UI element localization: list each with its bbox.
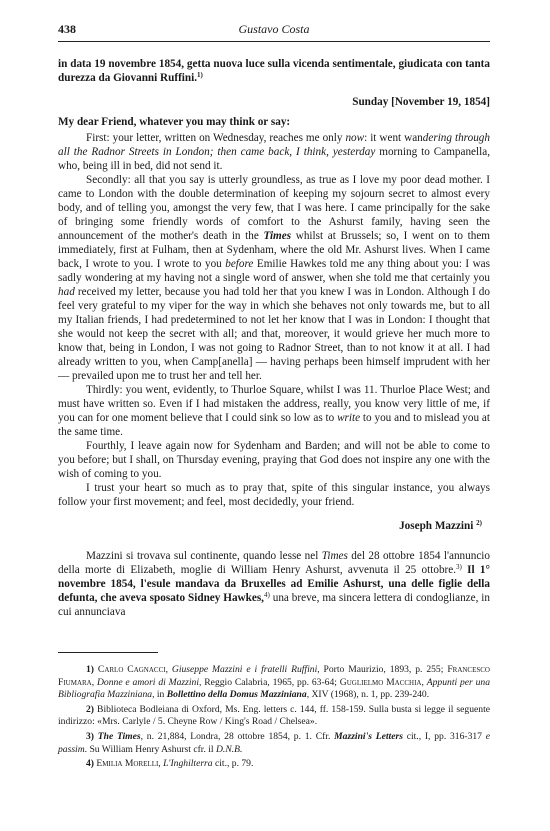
footnote-marker: 4) (86, 758, 94, 769)
text-span: Mazzini si trovava sul continente, quand… (86, 550, 322, 562)
title: Giuseppe Mazzini e i fratelli Ruffini (172, 664, 317, 675)
footnote-ref-2: 2) (476, 519, 482, 527)
italic-span: Times (322, 550, 348, 562)
text-span: received my letter, because you had told… (58, 286, 490, 382)
italic-span: now (345, 132, 364, 144)
footnote-2: 2) Biblioteca Bodleiana di Oxford, Ms. E… (58, 704, 490, 729)
signature-text: Joseph Mazzini (399, 520, 473, 532)
text-span: , Porto Maurizio, 1893, p. 255; (317, 664, 447, 675)
title: Donne e amori di Mazzini (97, 677, 199, 688)
letter-paragraph-3: Thirdly: you went, evidently, to Thurloe… (58, 383, 490, 439)
footnote-marker: 3) (86, 731, 94, 742)
footnote-marker: 1) (86, 664, 94, 675)
header-rule (58, 41, 490, 42)
letter-salutation: My dear Friend, whatever you may think o… (58, 115, 490, 129)
running-title: Gustavo Costa (58, 22, 490, 37)
italic-span: had (58, 286, 75, 298)
main-text: in data 19 novembre 1854, getta nuova lu… (58, 57, 490, 619)
text-span: : it went wan (364, 132, 423, 144)
italic-span: before (225, 258, 253, 270)
title: Mazzini's Letters (334, 731, 403, 742)
letter-signature: Joseph Mazzini 2) (58, 519, 490, 533)
intro-text: in data 19 novembre 1854, getta nuova lu… (58, 58, 490, 84)
footnote-1: 1) Carlo Cagnacci, Giuseppe Mazzini e i … (58, 664, 490, 702)
text-span: , Reggio Calabria, 1965, pp. 63-64; (199, 677, 340, 688)
title: Bollettino della Domus Mazziniana (167, 689, 307, 700)
author: Emilia Morelli (96, 758, 158, 769)
text-span: First: your letter, written on Wednesday… (86, 132, 345, 144)
text-span: cit., I, pp. 316-317 (403, 731, 486, 742)
text-span: cit., p. 79. (213, 758, 254, 769)
footnote-marker: 2) (86, 704, 94, 715)
intro-paragraph: in data 19 novembre 1854, getta nuova lu… (58, 57, 490, 85)
footnote-rule (58, 652, 158, 653)
text-span: , in (152, 689, 167, 700)
title: The Times (98, 731, 141, 742)
italic-span: Times (264, 230, 292, 242)
italic-span: D.N.B. (216, 744, 242, 755)
footnote-3: 3) The Times, n. 21,884, Londra, 28 otto… (58, 731, 490, 756)
text-span: Biblioteca Bodleiana di Oxford, Ms. Eng.… (58, 704, 490, 728)
italic-span: write (337, 412, 360, 424)
letter-paragraph-2: Secondly: all that you say is utterly gr… (58, 173, 490, 383)
footnote-4: 4) Emilia Morelli, L'Inghilterra cit., p… (58, 758, 490, 771)
letter-dateline: Sunday [November 19, 1854] (58, 95, 490, 109)
author: Carlo Cagnacci (98, 664, 166, 675)
letter-paragraph-1: First: your letter, written on Wednesday… (58, 131, 490, 173)
running-head: 438 Gustavo Costa (58, 22, 490, 38)
title: L'Inghilterra (163, 758, 213, 769)
commentary-paragraph: Mazzini si trovava sul continente, quand… (58, 549, 490, 619)
footnotes: 1) Carlo Cagnacci, Giuseppe Mazzini e i … (58, 664, 490, 773)
footnote-ref-1: 1) (197, 71, 203, 79)
text-span: , XIV (1968), n. 1, pp. 239-240. (307, 689, 429, 700)
author: Guglielmo Macchia (340, 677, 422, 688)
letter-paragraph-4: Fourthly, I leave again now for Sydenham… (58, 439, 490, 481)
text-span: , n. 21,884, Londra, 28 ottobre 1854, p.… (141, 731, 335, 742)
letter-paragraph-5: I trust your heart so much as to pray th… (58, 481, 490, 509)
text-span: . Su William Henry Ashurst cfr. il (85, 744, 216, 755)
